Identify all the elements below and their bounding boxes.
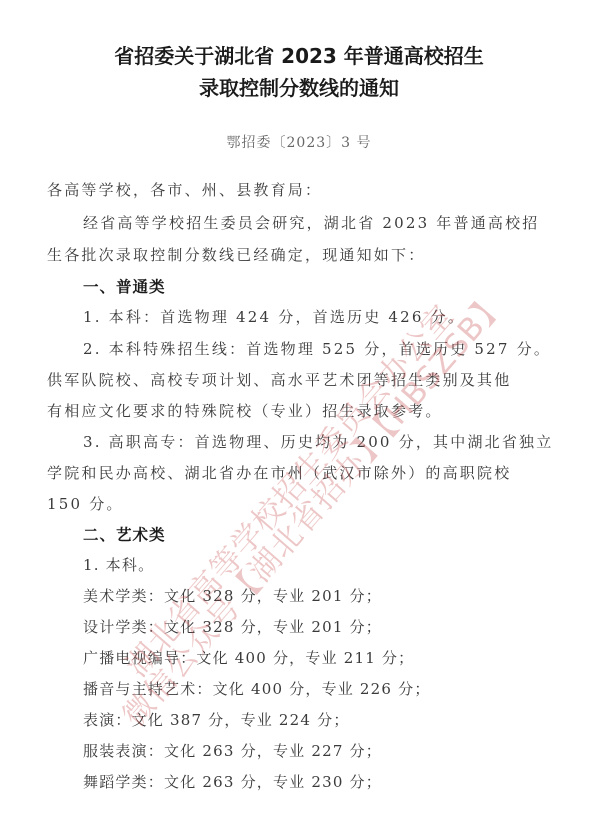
general-item-special-line-2: 供军队院校、高校专项计划、高水平艺术团等招生类别及其他 xyxy=(47,370,511,390)
intro-line-2: 生各批次录取控制分数线已经确定，现通知如下： xyxy=(47,245,425,265)
intro-line-1: 经省高等学校招生委员会研究，湖北省 2023 年普通高校招 xyxy=(83,213,540,233)
section-heading-general: 一、普通类 xyxy=(83,277,166,297)
general-item-special-line-1: 2. 本科特殊招生线：首选物理 525 分，首选历史 527 分。 xyxy=(83,339,551,359)
general-item-vocational-line-1: 3. 高职高专：首选物理、历史均为 200 分，其中湖北省独立 xyxy=(83,432,553,452)
art-row: 播音与主持艺术：文化 400 分，专业 226 分； xyxy=(83,679,431,699)
document-number: 鄂招委〔2023〕3 号 xyxy=(0,132,598,152)
art-row: 设计学类：文化 328 分，专业 201 分； xyxy=(83,617,382,637)
general-item-vocational-line-2: 学院和民办高校、湖北省办在市州（武汉市除外）的高职院校 xyxy=(47,463,511,483)
document-title-line-2: 录取控制分数线的通知 xyxy=(0,72,598,101)
section-heading-art: 二、艺术类 xyxy=(83,525,166,545)
art-row: 舞蹈学类：文化 263 分，专业 230 分； xyxy=(83,772,382,792)
general-item-undergraduate: 1. 本科：首选物理 424 分，首选历史 426 分。 xyxy=(83,307,465,327)
general-item-special-line-3: 有相应文化要求的特殊院校（专业）招生录取参考。 xyxy=(47,401,443,421)
salutation: 各高等学校，各市、州、县教育局： xyxy=(47,180,322,200)
document-title-line-1: 省招委关于湖北省 2023 年普通高校招生 xyxy=(0,40,598,69)
document-page: 省招委关于湖北省 2023 年普通高校招生 录取控制分数线的通知 鄂招委〔202… xyxy=(0,0,598,818)
art-row: 表演：文化 387 分，专业 224 分； xyxy=(83,710,350,730)
art-row: 广播电视编导：文化 400 分，专业 211 分； xyxy=(83,648,414,668)
art-row: 服装表演：文化 263 分，专业 227 分； xyxy=(83,741,382,761)
art-row: 美术学类：文化 328 分，专业 201 分； xyxy=(83,586,382,606)
art-subheading-undergraduate: 1. 本科。 xyxy=(83,555,154,575)
general-item-vocational-line-3: 150 分。 xyxy=(47,494,124,514)
